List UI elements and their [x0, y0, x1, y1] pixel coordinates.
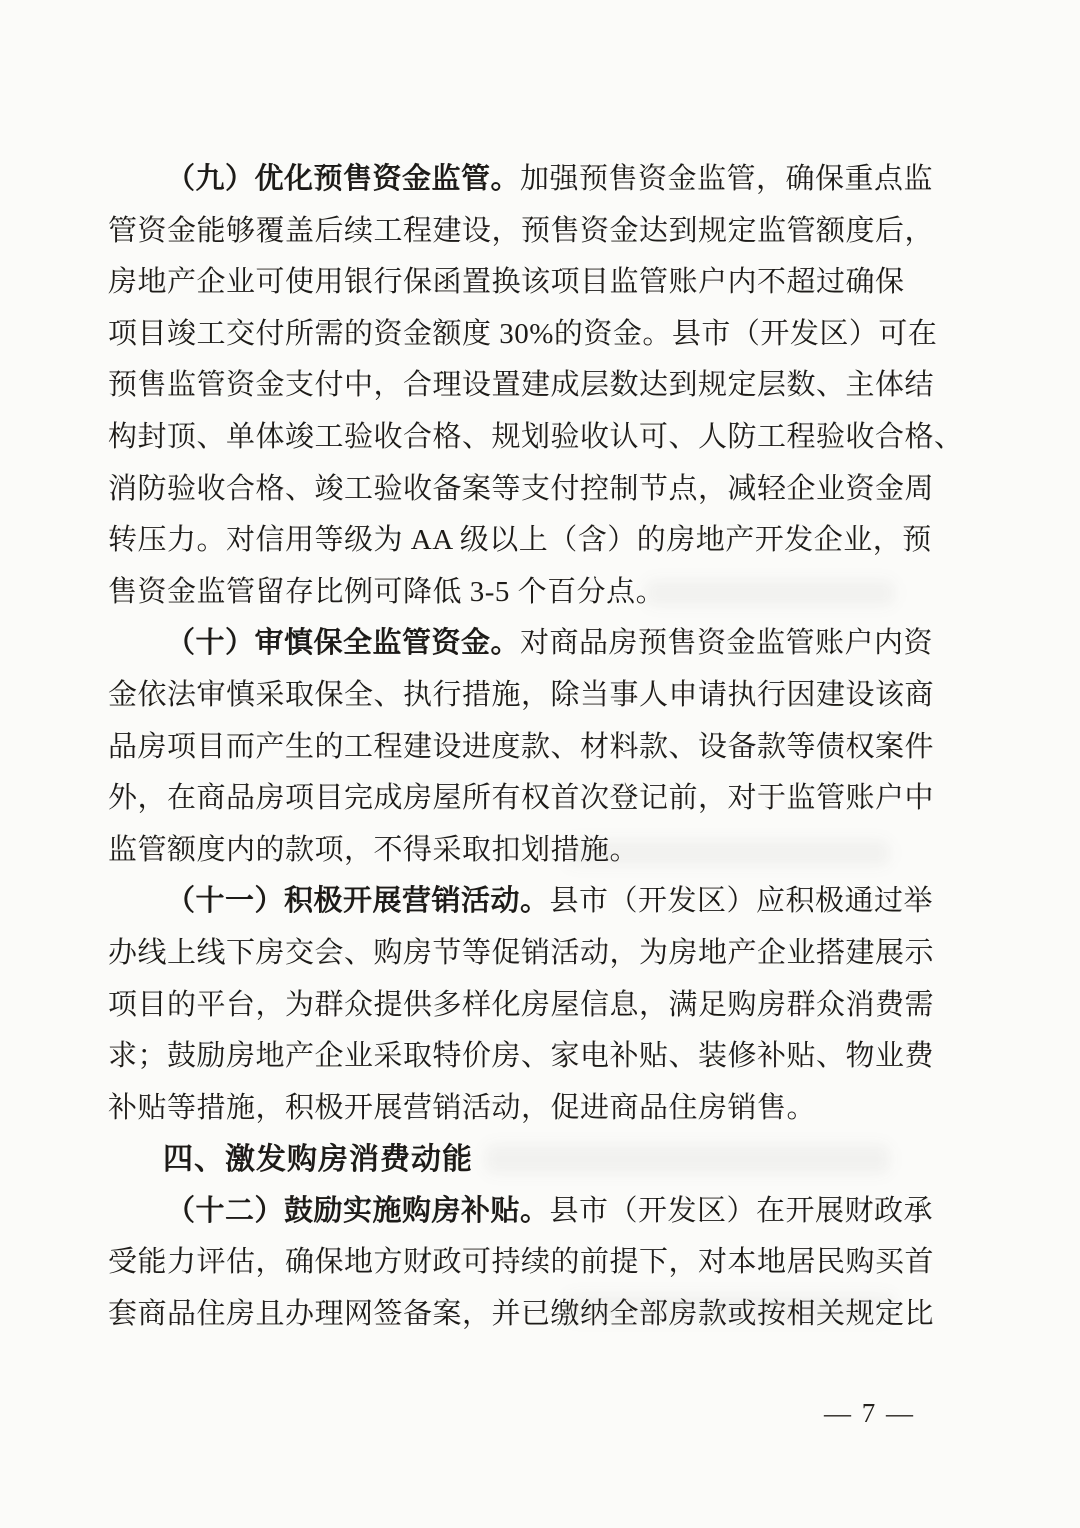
line-text: 县市（开发区）在开展财政承: [550, 1195, 934, 1227]
para-10-line-3: 品房项目而产生的工程建设进度款、材料款、设备款等债权案件: [108, 722, 898, 774]
para-9-line-7: 消防验收合格、竣工验收备案等支付控制节点，减轻企业资金周: [108, 464, 898, 516]
line-text: 消防验收合格、竣工验收备案等支付控制节点，减轻企业资金周: [108, 473, 934, 505]
para-11-line-5: 补贴等措施，积极开展营销活动，促进商品住房销售。: [108, 1083, 898, 1135]
para-11-line-3: 项目的平台，为群众提供多样化房屋信息，满足购房群众消费需: [108, 980, 898, 1032]
para-12-line-3: 套商品住房且办理网签备案，并已缴纳全部房款或按相关规定比: [108, 1289, 898, 1341]
line-text: 金依法审慎采取保全、执行措施，除当事人申请执行因建设该商: [108, 679, 934, 711]
para-9-line-4: 项目竣工交付所需的资金额度 30%的资金。县市（开发区）可在: [108, 309, 898, 361]
para-12-lead: （十二）鼓励实施购房补贴。: [166, 1195, 550, 1227]
para-10-line-4: 外，在商品房项目完成房屋所有权首次登记前，对于监管账户中: [108, 773, 898, 825]
line-text: 项目竣工交付所需的资金额度 30%的资金。县市（开发区）可在: [108, 318, 937, 350]
para-12-line-1: （十二）鼓励实施购房补贴。县市（开发区）在开展财政承: [108, 1186, 898, 1238]
line-text: 补贴等措施，积极开展营销活动，促进商品住房销售。: [108, 1092, 816, 1124]
para-11-line-2: 办线上线下房交会、购房节等促销活动，为房地产企业搭建展示: [108, 928, 898, 980]
para-9-line-9: 售资金监管留存比例可降低 3-5 个百分点。: [108, 567, 898, 619]
line-text: 项目的平台，为群众提供多样化房屋信息，满足购房群众消费需: [108, 989, 934, 1021]
line-text: 办线上线下房交会、购房节等促销活动，为房地产企业搭建展示: [108, 937, 934, 969]
document-body: （九）优化预售资金监管。加强预售资金监管，确保重点监 管资金能够覆盖后续工程建设…: [108, 154, 898, 1341]
line-text: 预售监管资金支付中，合理设置建成层数达到规定层数、主体结: [108, 369, 934, 401]
para-10-lead: （十）审慎保全监管资金。: [166, 627, 520, 659]
para-11-line-1: （十一）积极开展营销活动。县市（开发区）应积极通过举: [108, 876, 898, 928]
line-text: 加强预售资金监管，确保重点监: [520, 163, 933, 195]
line-text: 构封顶、单体竣工验收合格、规划验收认可、人防工程验收合格、: [108, 421, 964, 453]
page-number: — 7 —: [824, 1398, 915, 1429]
para-11-line-4: 求；鼓励房地产企业采取特价房、家电补贴、装修补贴、物业费: [108, 1031, 898, 1083]
para-10-line-2: 金依法审慎采取保全、执行措施，除当事人申请执行因建设该商: [108, 670, 898, 722]
line-text: 对商品房预售资金监管账户内资: [520, 627, 933, 659]
para-12-line-2: 受能力评估，确保地方财政可持续的前提下，对本地居民购买首: [108, 1237, 898, 1289]
line-text: 品房项目而产生的工程建设进度款、材料款、设备款等债权案件: [108, 731, 934, 763]
line-text: 监管额度内的款项，不得采取扣划措施。: [108, 834, 639, 866]
line-text: 售资金监管留存比例可降低 3-5 个百分点。: [108, 576, 665, 608]
line-text: 受能力评估，确保地方财政可持续的前提下，对本地居民购买首: [108, 1246, 934, 1278]
document-page: （九）优化预售资金监管。加强预售资金监管，确保重点监 管资金能够覆盖后续工程建设…: [0, 0, 1080, 1528]
line-text: 外，在商品房项目完成房屋所有权首次登记前，对于监管账户中: [108, 782, 934, 814]
para-11-lead: （十一）积极开展营销活动。: [166, 885, 550, 917]
line-text: 房地产企业可使用银行保函置换该项目监管账户内不超过确保: [108, 266, 905, 298]
section-heading-text: 四、激发购房消费动能: [163, 1143, 473, 1176]
line-text: 求；鼓励房地产企业采取特价房、家电补贴、装修补贴、物业费: [108, 1040, 934, 1072]
para-10-line-5: 监管额度内的款项，不得采取扣划措施。: [108, 825, 898, 877]
para-9-line-5: 预售监管资金支付中，合理设置建成层数达到规定层数、主体结: [108, 360, 898, 412]
section-heading-4: 四、激发购房消费动能: [108, 1134, 898, 1186]
para-9-line-1: （九）优化预售资金监管。加强预售资金监管，确保重点监: [108, 154, 898, 206]
line-text: 管资金能够覆盖后续工程建设，预售资金达到规定监管额度后，: [108, 215, 934, 247]
para-10-line-1: （十）审慎保全监管资金。对商品房预售资金监管账户内资: [108, 618, 898, 670]
para-9-lead: （九）优化预售资金监管。: [166, 163, 520, 195]
line-text: 县市（开发区）应积极通过举: [550, 885, 934, 917]
para-9-line-2: 管资金能够覆盖后续工程建设，预售资金达到规定监管额度后，: [108, 206, 898, 258]
para-9-line-8: 转压力。对信用等级为 AA 级以上（含）的房地产开发企业，预: [108, 515, 898, 567]
line-text: 转压力。对信用等级为 AA 级以上（含）的房地产开发企业，预: [108, 524, 932, 556]
line-text: 套商品住房且办理网签备案，并已缴纳全部房款或按相关规定比: [108, 1298, 934, 1330]
para-9-line-3: 房地产企业可使用银行保函置换该项目监管账户内不超过确保: [108, 257, 898, 309]
para-9-line-6: 构封顶、单体竣工验收合格、规划验收认可、人防工程验收合格、: [108, 412, 898, 464]
